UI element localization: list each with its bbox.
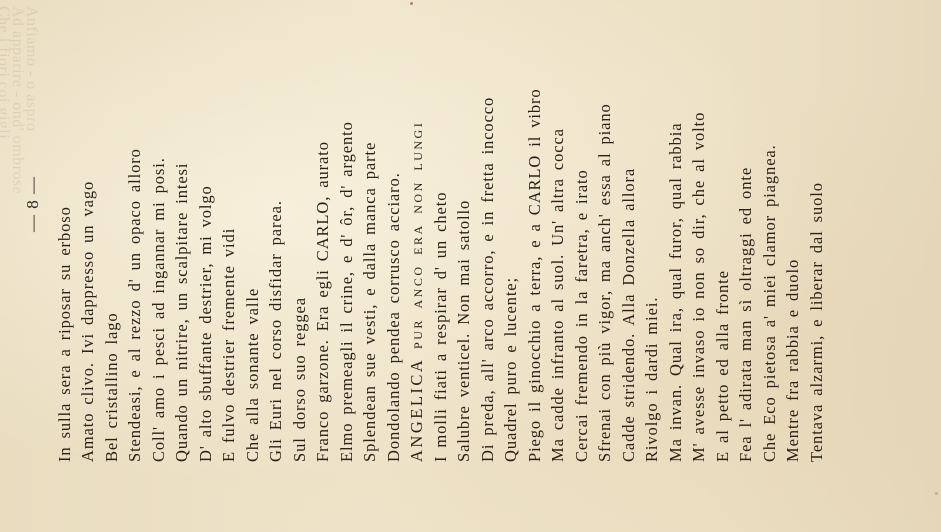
verse-line: In sulla sera a riposar su erboso [57, 206, 74, 462]
verse-line: Tentava alzarmi, e liberar dal suolo [809, 182, 826, 462]
verse-line: Coll' amo i pesci ad ingannar mi posi. [151, 157, 168, 462]
verse-line: Fea l' adirata man sì oltraggi ed onte [738, 167, 755, 462]
book-page: Anfiamo - o aspro Ad apparire - ond' omb… [0, 0, 941, 532]
verse-line: Gli Euri nel corso disfidar parea. [268, 200, 285, 462]
verse-line: Che alla sonante valle [245, 288, 262, 462]
verse-line: Mentre fra rabbia e duolo [785, 259, 802, 462]
verse-line: Bel cristallino lago [104, 312, 121, 462]
verse-line: ANGELICA pur anco era non lungi [409, 121, 426, 462]
verse-line: M' avesse invaso io non so dir, che al v… [691, 112, 708, 462]
verse-line: Sfrenai con più vigor, ma anch' essa al … [597, 103, 614, 462]
verse-line: E al petto ed alla fronte [715, 270, 732, 462]
verse-line: Quando un nitrire, un scalpitare intesi [174, 163, 191, 462]
verse-line: Salubre venticel. Non mai satollo [456, 200, 473, 462]
verse-line: Cercai fremendo in la faretra, e irato [574, 169, 591, 462]
verse-line: Splendean sue vesti, e dalla manca parte [362, 142, 379, 462]
verse-line: E fulvo destrier fremente vidi [221, 228, 238, 462]
verse-line: I molli fiati a respirar d' un cheto [433, 192, 450, 462]
verse-line: Elmo premeagli il crine, e d' ôr, d' arg… [339, 121, 356, 462]
verse-line: Piego il ginocchio a terra, e a CARLO il… [527, 88, 544, 462]
verse-line: Dondolando pendea corrusco acciaro. [386, 172, 403, 462]
verse-line: Rivolgo i dardi miei. [644, 297, 661, 462]
verse-line: Cadde stridendo. Alla Donzella allora [621, 168, 638, 462]
verse-line: Amato clivo. Ivi dappresso un vago [80, 181, 97, 462]
verse-line: Franco garzone. Era egli CARLO, aurato [315, 141, 332, 462]
verse-line: Di preda, all' arco accorro, e in fretta… [480, 97, 497, 462]
verse-line: Quadrel puro e lucente; [503, 277, 520, 462]
verse-line: Che Eco pietosa a' miei clamor piagnea. [762, 144, 779, 462]
verse-line: Stendeasi, e al rezzo d' un opaco alloro [127, 148, 144, 462]
verse-line: Ma cadde infranto al suol. Un' altra coc… [550, 128, 567, 462]
verse-line: Ma invan. Qual ira, qual furor, qual rab… [668, 123, 685, 462]
verse-line: D' alto sbuffante destrier, mi volgo [198, 185, 215, 462]
verse-text: In sulla sera a riposar su erboso Amato … [0, 0, 941, 532]
verse-line: Sul dorso suo reggea [292, 297, 309, 462]
